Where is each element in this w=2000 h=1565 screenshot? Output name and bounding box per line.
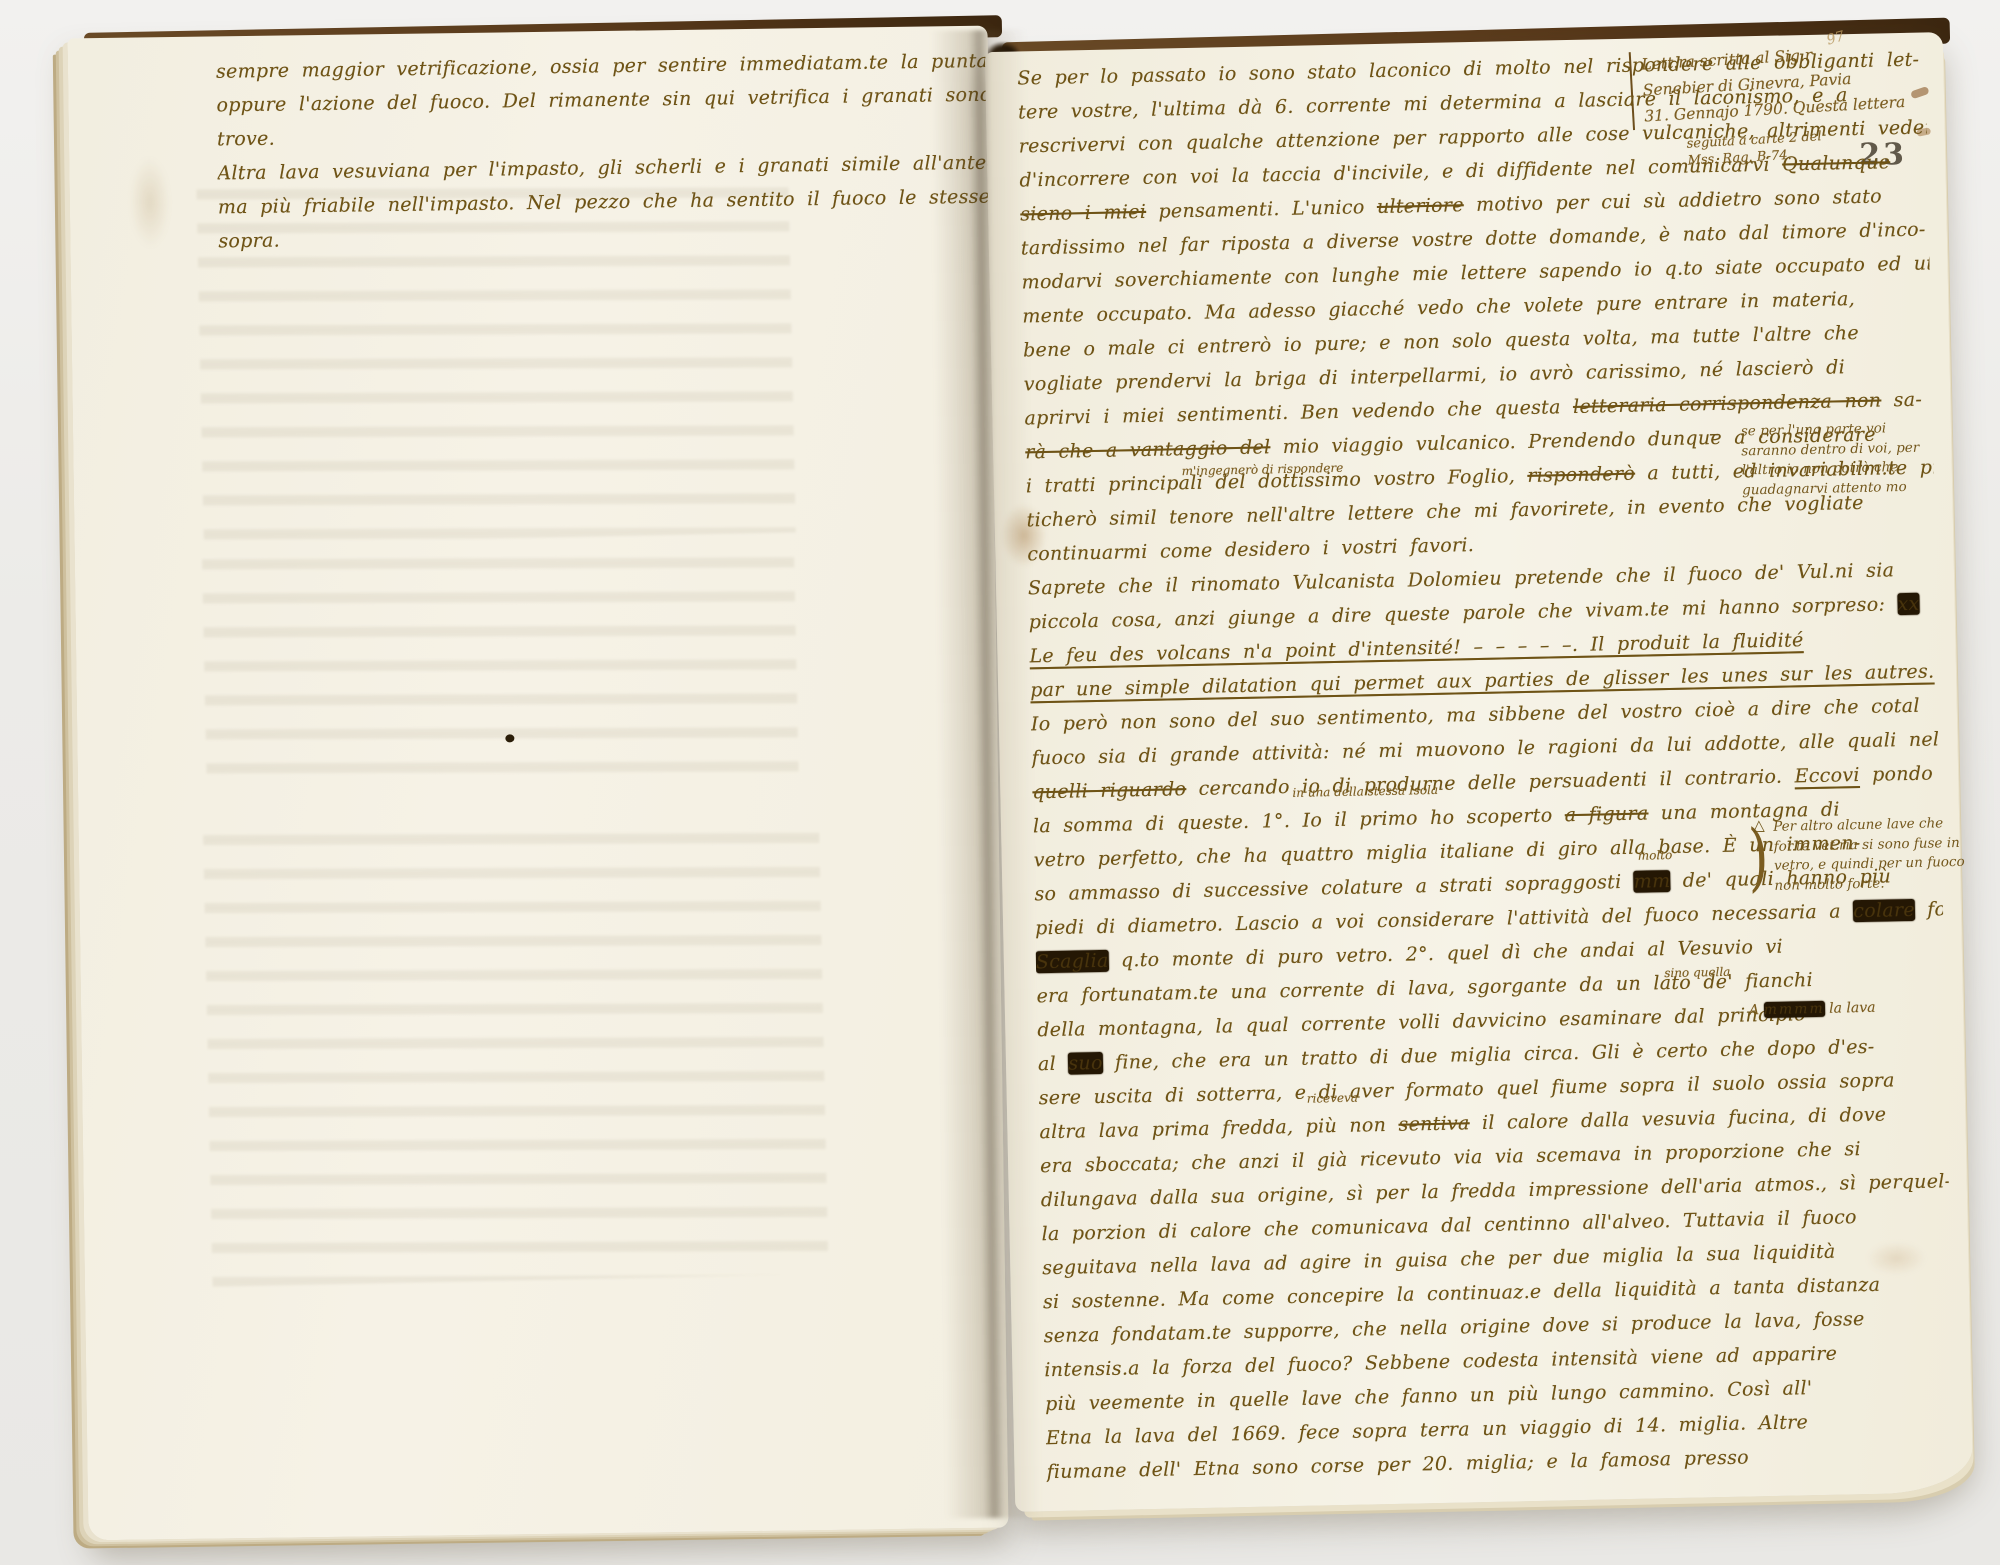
text-segment: altra lava prima fredda, più non xyxy=(1039,1114,1399,1144)
text-segment: non molto forte. xyxy=(1774,875,1884,893)
text-segment: l'altro io non potrò che xyxy=(1742,459,1899,478)
text-segment: pondo xyxy=(1860,762,1934,786)
text-segment: al xyxy=(1038,1053,1069,1076)
triangle-mark-icon: △ xyxy=(1753,816,1765,834)
ink-bleedthrough xyxy=(202,546,799,796)
text-segment: motivo per cui sù addietro sono stato xyxy=(1464,185,1883,216)
text-segment: a figura xyxy=(1565,802,1649,826)
text-segment: aprirvi i miei sentimenti. Ben vedendo c… xyxy=(1024,396,1573,429)
text-segment: la lava xyxy=(1825,1000,1876,1017)
text-segment: suo xyxy=(1068,1052,1103,1075)
interline-insertion: molto xyxy=(1638,848,1673,863)
text-segment: mmmm xyxy=(1763,1001,1824,1018)
text-segment: ulteriore xyxy=(1377,194,1464,218)
text-segment: sopra. xyxy=(218,230,280,253)
text-segment: sieno i miei xyxy=(1020,201,1146,226)
margin-link-dash: – xyxy=(1709,421,1720,445)
text-segment: fiumane dell' Etna sono corse per 20. mi… xyxy=(1046,1447,1749,1484)
text-segment: letteraria corrispondenza non xyxy=(1573,389,1882,417)
text-segment: saranno dentro di voi, per xyxy=(1741,439,1919,459)
text-segment: for.te vet.ria si sono fuse in xyxy=(1773,834,1959,854)
left-page: sempre maggior vetrificazione, ossia per… xyxy=(68,26,1009,1541)
left-page-text: sempre maggior vetrificazione, ossia per… xyxy=(216,40,1001,259)
text-segment: colare xyxy=(1853,899,1915,922)
text-segment: oppure l'azione del fuoco. Del rimanente… xyxy=(216,83,998,117)
text-segment: continuarmi come desidero i vostri favor… xyxy=(1027,534,1474,565)
ink-bleedthrough xyxy=(203,822,828,1287)
text-segment: se per l'una parte voi xyxy=(1741,420,1887,439)
margin-note-line: vetro, e quindi per un fuoco xyxy=(1774,853,1969,877)
text-segment: la somma di queste. 1°. Io il primo ho s… xyxy=(1033,804,1565,837)
text-segment: ma più friabile nell'impasto. Nel pezzo … xyxy=(218,185,1000,219)
text-segment: pensamenti. L'unico xyxy=(1146,196,1377,223)
foxing-stain xyxy=(129,157,170,248)
text-segment: sentiva xyxy=(1398,1112,1470,1135)
interline-insertion-with-strikeout: A mmmm la lava xyxy=(1749,1000,1876,1019)
right-page: 97 Lett.ra scritta al Sig.rSenebier di G… xyxy=(985,32,1973,1512)
margin-note-line: non molto forte. xyxy=(1774,872,1969,896)
text-segment: A xyxy=(1749,1002,1764,1018)
text-segment: sempre maggior vetrificazione, ossia per… xyxy=(216,48,998,83)
text-segment: guadagnarvi attento mo xyxy=(1742,478,1907,497)
text-segment: rà che a vantaggio del xyxy=(1025,436,1271,463)
margin-note-2: Per altro alcune lave chefor.te vet.ria … xyxy=(1773,814,1970,896)
margin-note-1: se per l'una parte voisaranno dentro di … xyxy=(1741,418,1958,500)
text-segment: Altra lava vesuviana per l'impasto, gli … xyxy=(217,151,999,185)
interline-insertion: riceveva xyxy=(1307,1091,1359,1106)
text-segment: risponderò xyxy=(1527,463,1635,487)
manuscript-photo: sempre maggior vetrificazione, ossia per… xyxy=(0,0,2000,1565)
text-segment: xx xyxy=(1897,593,1919,615)
text-segment: Eccovi xyxy=(1794,764,1860,787)
right-page-text: Se per lo passato io sono stato laconico… xyxy=(1017,43,1955,1490)
text-segment: trove. xyxy=(217,128,275,151)
text-segment: quelli riguardo xyxy=(1032,778,1186,803)
interline-insertion: sino quella xyxy=(1664,965,1730,980)
text-segment: formare xyxy=(1915,897,1944,921)
text-segment: il calore dalla vesuvia fucina, di dove xyxy=(1469,1104,1886,1135)
ink-dot xyxy=(505,734,514,742)
text-segment: sa- xyxy=(1881,389,1922,412)
text-segment: Qualunque xyxy=(1782,151,1890,175)
text-segment: Per altro alcune lave che xyxy=(1773,815,1943,835)
text-segment: Scaglia xyxy=(1036,950,1109,974)
text-segment: mm xyxy=(1634,870,1671,893)
text-segment: vetro, e quindi per un fuoco xyxy=(1774,854,1965,874)
